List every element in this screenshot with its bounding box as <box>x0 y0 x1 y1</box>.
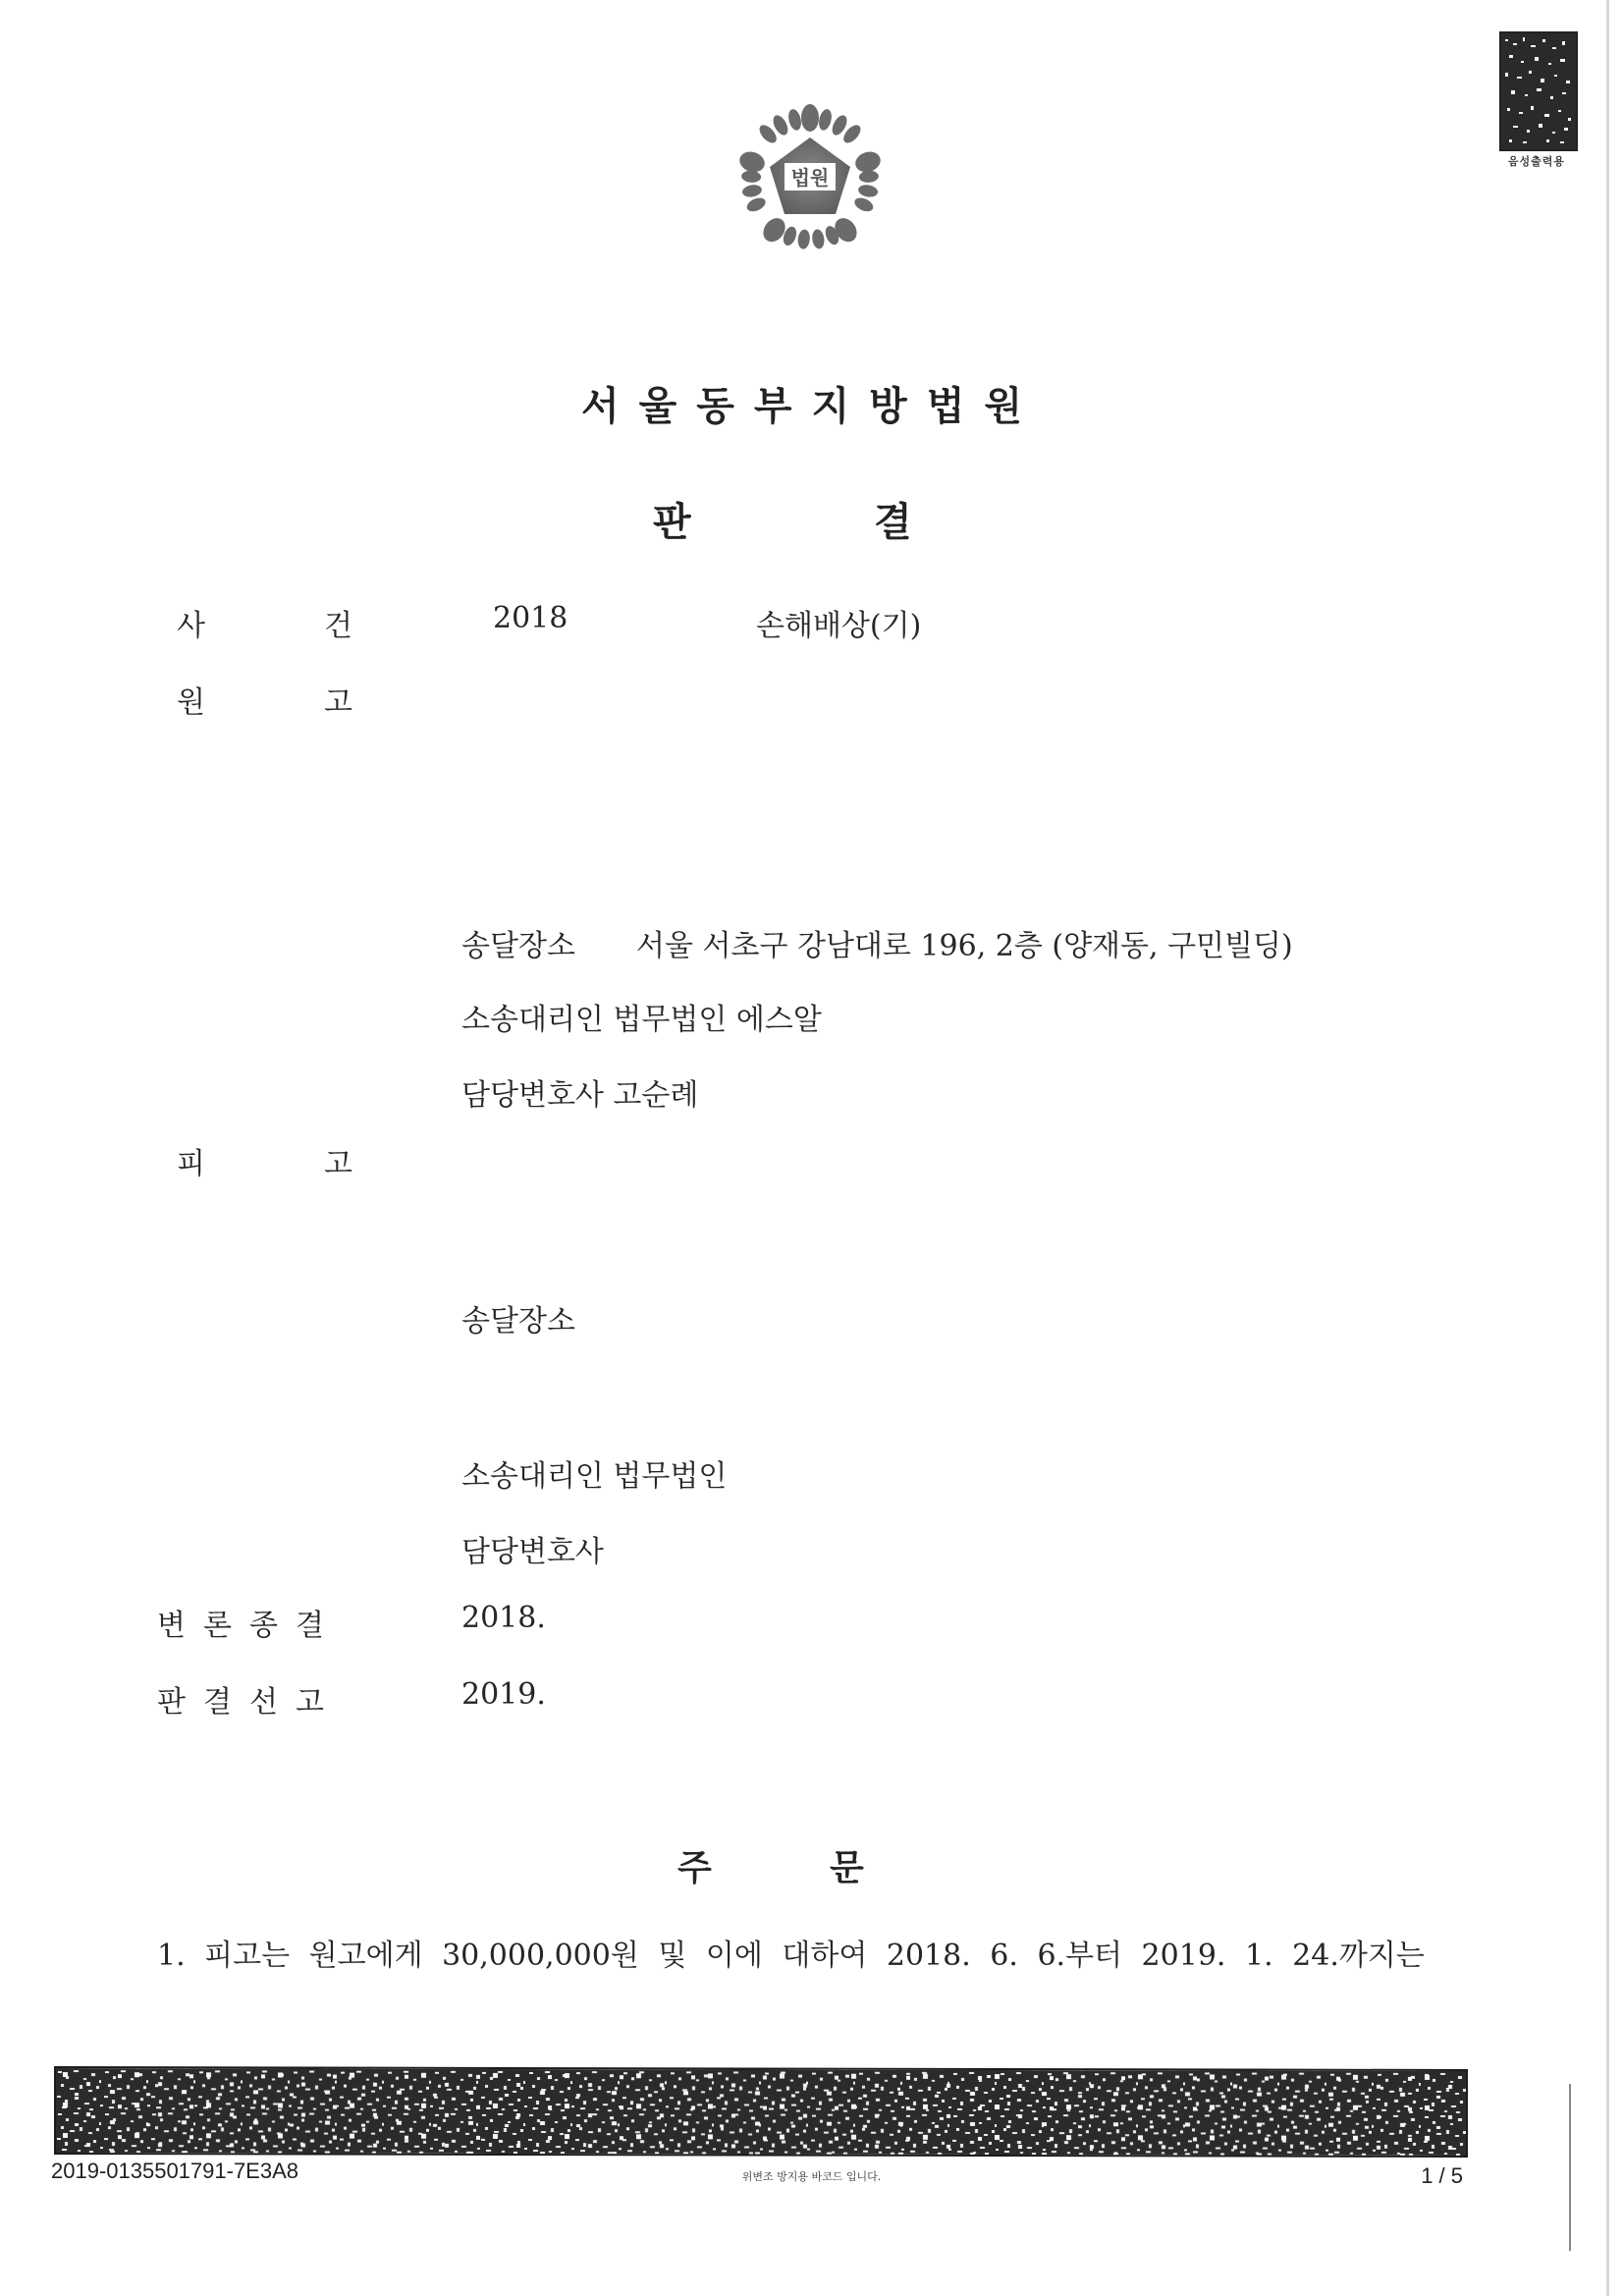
plaintiff-address: 서울 서초구 강남대로 196, 2층 (양재동, 구민빌딩) <box>636 921 1293 964</box>
court-name: 서울동부지방법원 <box>0 375 1623 431</box>
judgment-date-label: 판결선고 <box>157 1677 342 1721</box>
case-number: 2018 <box>493 601 568 635</box>
order-title-char-1: 주 <box>677 1840 712 1890</box>
plaintiff-attorney: 담당변호사 고순례 <box>461 1070 698 1114</box>
doc-title-char-2: 결 <box>874 491 912 547</box>
voice-output-2d-code <box>1499 31 1578 151</box>
voice-output-caption: 음성출력용 <box>1494 153 1579 169</box>
plaintiff-label-1: 원 <box>177 678 205 721</box>
closing-label: 변론종결 <box>157 1601 342 1644</box>
plaintiff-counsel: 소송대리인 법무법인 에스알 <box>461 995 822 1038</box>
defendant-address-label: 송달장소 <box>461 1296 575 1339</box>
case-name: 손해배상(기) <box>756 601 921 644</box>
defendant-attorney: 담당변호사 <box>461 1527 604 1570</box>
court-emblem-icon: 법원 <box>731 98 889 255</box>
svg-text:법원: 법원 <box>791 166 830 190</box>
order-title-char-2: 문 <box>830 1840 864 1890</box>
case-label-2: 건 <box>324 601 352 644</box>
closing-date: 2018. <box>461 1601 546 1635</box>
judgment-date: 2019. <box>461 1677 546 1712</box>
page-number: 1 / 5 <box>1404 2163 1463 2189</box>
plaintiff-address-label: 송달장소 <box>461 921 575 964</box>
defendant-label-2: 고 <box>324 1139 352 1182</box>
case-label-1: 사 <box>177 601 205 644</box>
doc-title-char-1: 판 <box>653 491 691 547</box>
order-line-1: 1. 피고는 원고에게 30,000,000원 및 이에 대하여 2018. 6… <box>157 1931 1425 1974</box>
defendant-label-1: 피 <box>177 1139 205 1182</box>
page-edge-mark <box>1569 2084 1571 2251</box>
defendant-counsel: 소송대리인 법무법인 <box>461 1451 727 1495</box>
plaintiff-label-2: 고 <box>324 678 352 721</box>
barcode-caption: 위변조 방지용 바코드 입니다. <box>0 2168 1623 2184</box>
page-edge <box>1606 0 1609 2296</box>
anti-forgery-barcode <box>54 2066 1468 2158</box>
